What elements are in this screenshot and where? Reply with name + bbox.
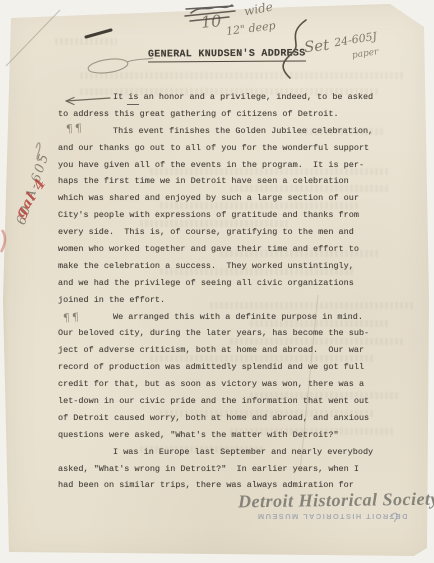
handwritten-set-note: Set bbox=[303, 36, 330, 57]
typed-body: It is an honor and a privilege, indeed, … bbox=[58, 89, 400, 494]
typed-line: It is an honor and a privilege, indeed, … bbox=[58, 89, 400, 106]
typed-line: credit for that, but as soon as victory … bbox=[58, 376, 400, 393]
handwritten-column-width: 10 bbox=[200, 11, 222, 32]
typed-line: We arranged this with a definite purpose… bbox=[58, 309, 400, 326]
typed-line: you have given all of the events in the … bbox=[58, 157, 400, 174]
typed-line: which was shared and enjoyed by such a l… bbox=[58, 190, 400, 207]
typed-line: asked, "What's wrong in Detroit?" In ear… bbox=[58, 461, 400, 478]
typed-line: I was in Europe last September and nearl… bbox=[58, 444, 400, 461]
typed-line: every side. This is, of course, gratifyi… bbox=[58, 224, 400, 241]
typed-line: and we had the privilege of seeing all c… bbox=[58, 275, 400, 292]
typed-line: women who worked together and gave their… bbox=[58, 241, 400, 258]
typed-line: ject of adverse criticism, both at home … bbox=[58, 342, 400, 359]
typed-line: questions were asked, "What's the matter… bbox=[58, 427, 400, 444]
typed-line: Our beloved city, during the later years… bbox=[58, 325, 400, 342]
typed-line: let-down in our civic pride and the info… bbox=[58, 393, 400, 410]
typed-line: of Detroit caused worry, both at home an… bbox=[58, 410, 400, 427]
watermark-text: Detroit Historical Society bbox=[238, 489, 434, 513]
typed-line: to address this great gathering of citiz… bbox=[58, 106, 400, 123]
document-title: GENERAL KNUDSEN'S ADDRESS bbox=[148, 48, 306, 62]
paragraph-mark-2: ¶¶ bbox=[63, 310, 82, 324]
typed-line: City's people with expressions of gratit… bbox=[58, 207, 400, 224]
red-edge-smudge bbox=[1, 230, 5, 252]
museum-stamp-mirrored: DETROIT HISTORICAL MUSEUM bbox=[252, 512, 412, 521]
typed-line: record of production was admittedly sple… bbox=[58, 359, 400, 376]
typed-emphasis-underline bbox=[127, 104, 139, 105]
typed-line: make the celebration a success. They wor… bbox=[58, 258, 400, 275]
typed-line: This event finishes the Golden Jubilee c… bbox=[58, 123, 400, 140]
typed-line: and our thanks go out to all of you for … bbox=[58, 140, 400, 157]
typed-line: joined in the effort. bbox=[58, 292, 400, 309]
document-scan: GENERAL KNUDSEN'S ADDRESS It is an honor… bbox=[0, 0, 434, 563]
typed-line: haps the first time we in Detroit have s… bbox=[58, 173, 400, 190]
ghost-bleed-line bbox=[80, 72, 405, 79]
ghost-bleed-line bbox=[55, 38, 117, 45]
paragraph-mark-1: ¶¶ bbox=[66, 121, 85, 135]
